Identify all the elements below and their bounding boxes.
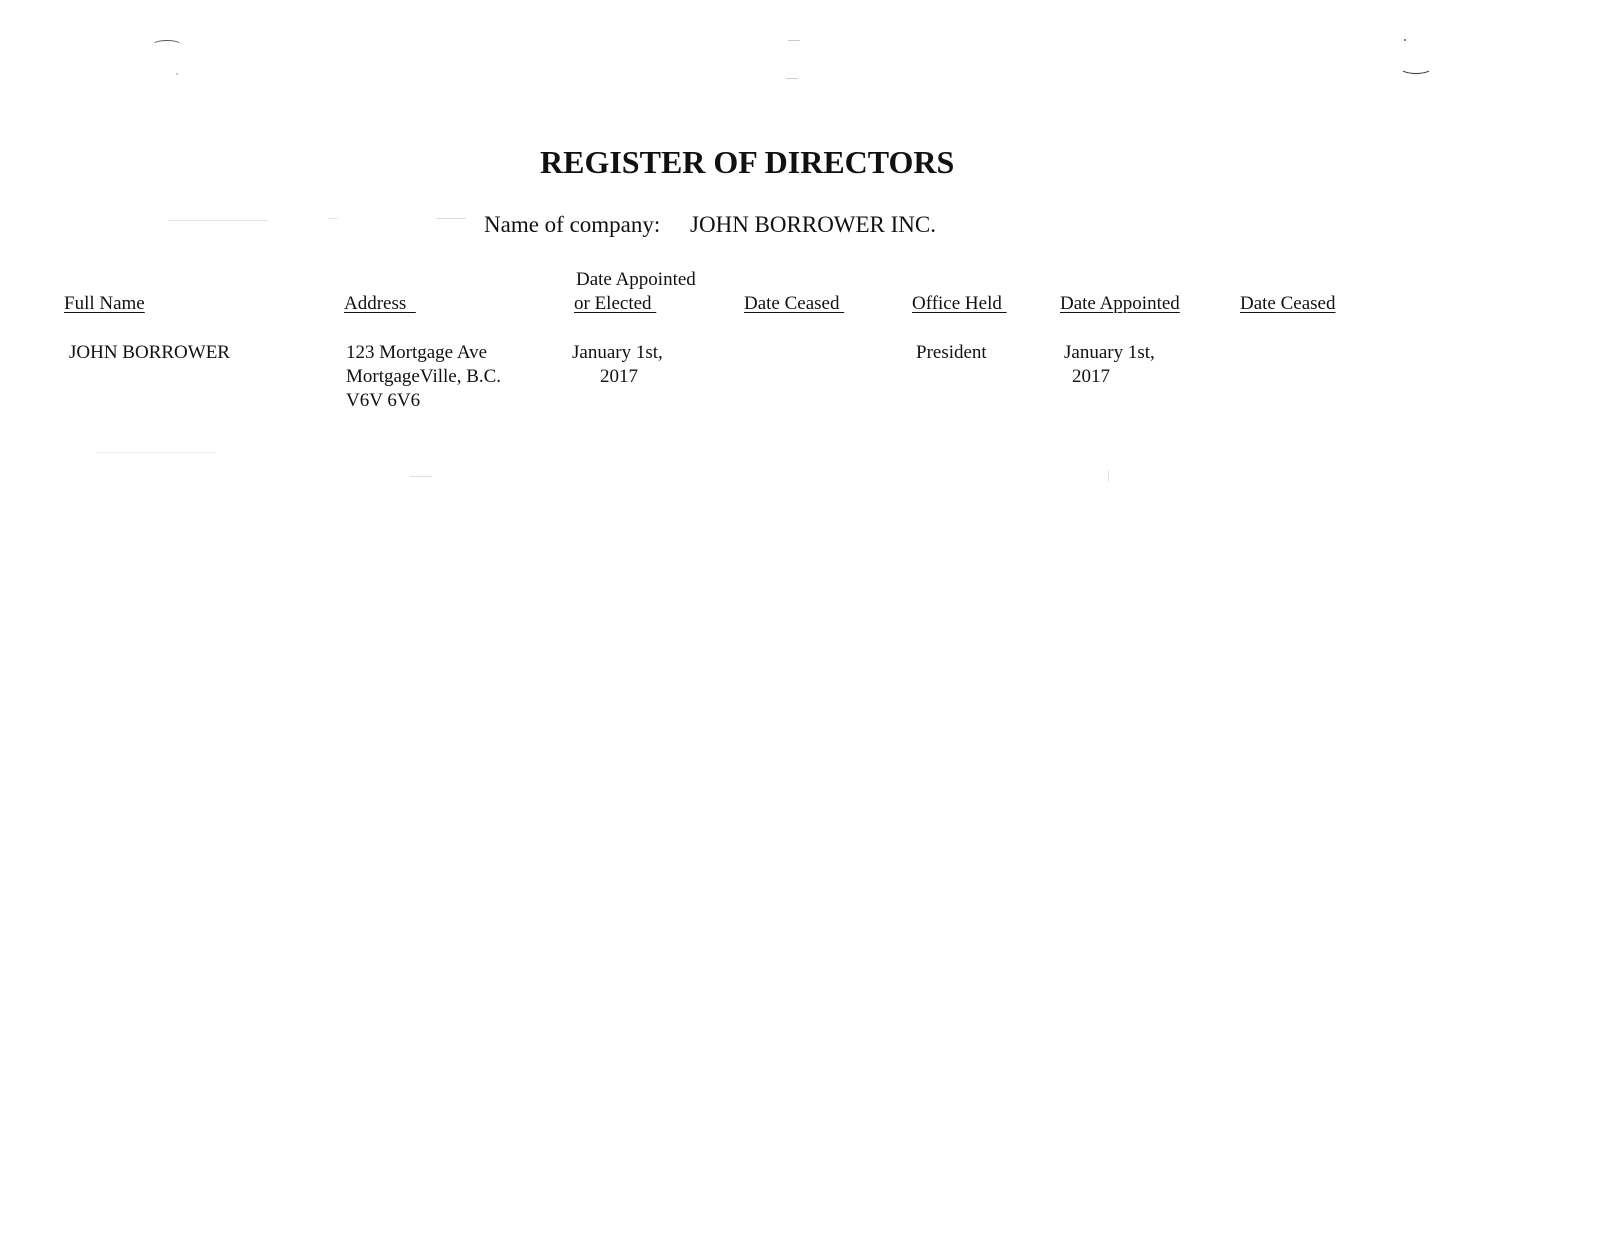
document-title: REGISTER OF DIRECTORS [540,144,954,181]
header-label: Address [344,293,406,314]
header-date-appointed-elected: Date Appointed or Elected [574,268,696,316]
cell-line: JOHN BORROWER [69,341,230,365]
header-office-date-appointed: Date Appointed [1060,292,1180,316]
scan-artifact [96,452,216,453]
scan-artifact [410,476,432,477]
cell-line: 123 Mortgage Ave [346,341,501,365]
scan-artifact [328,218,338,219]
header-label: Date Ceased [1240,293,1335,314]
scan-artifact [436,218,466,219]
cell-line: January 1st, [572,341,663,365]
scan-artifact [788,40,800,41]
cell-line: V6V 6V6 [346,389,501,413]
scan-artifact [176,73,178,75]
cell-office-date-appointed: January 1st, 2017 [1064,341,1155,389]
scan-artifact [152,40,182,50]
cell-date-appointed-elected: January 1st, 2017 [572,341,663,389]
header-office-held: Office Held [912,292,1007,316]
header-office-date-ceased: Date Ceased [1240,292,1335,316]
cell-line: MortgageVille, B.C. [346,365,501,389]
scan-artifact [1404,39,1406,41]
header-label: Office Held [912,293,1002,314]
cell-office-held: President [916,341,987,365]
cell-line: January 1st, [1064,341,1155,365]
company-name: JOHN BORROWER INC. [690,212,936,237]
header-full-name: Full Name [64,292,145,316]
scan-artifact [168,220,268,221]
cell-line: 2017 [1064,365,1155,389]
header-label: Date Appointed [1060,293,1180,314]
cell-full-name: JOHN BORROWER [69,341,230,365]
cell-line: President [916,341,987,365]
company-label: Name of company: [484,212,660,237]
header-label: Full Name [64,293,145,314]
header-date-ceased: Date Ceased [744,292,844,316]
cell-line: 2017 [572,365,663,389]
header-label-line2: or Elected [574,293,652,314]
document-page: REGISTER OF DIRECTORS Name of company: J… [0,0,1600,1236]
scan-artifact [786,78,798,79]
header-address: Address [344,292,416,316]
header-label-line1: Date Appointed [574,268,696,292]
header-label: Date Ceased [744,293,839,314]
scan-artifact [1400,62,1432,74]
scan-artifact [1108,470,1109,482]
cell-address: 123 Mortgage Ave MortgageVille, B.C. V6V… [346,341,501,413]
company-line: Name of company: JOHN BORROWER INC. [484,212,936,238]
